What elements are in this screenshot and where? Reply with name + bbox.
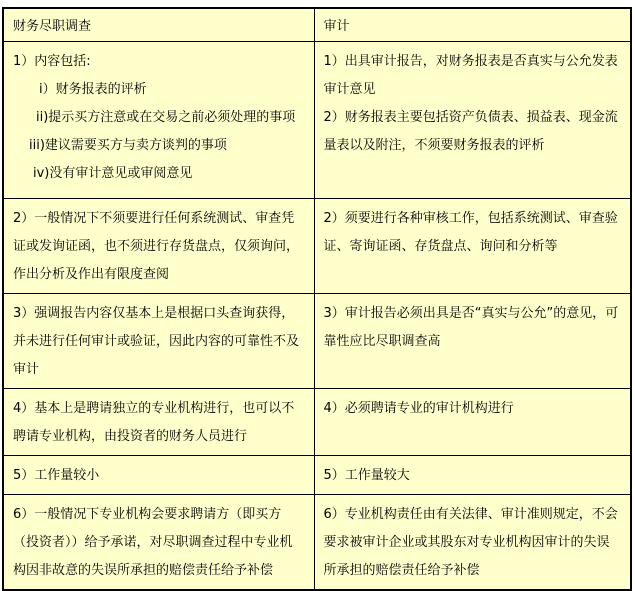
cell-paragraph: 2）财务报表主要包括资产负债表、损益表、现金流量表以及附注，不须要财务报表的评析 xyxy=(324,104,622,160)
cell-due-diligence-workload: 5）工作量较小 xyxy=(3,456,314,495)
cell-paragraph: 5）工作量较大 xyxy=(324,462,622,490)
header-label-due-diligence: 财务尽职调查 xyxy=(13,19,91,34)
cell-due-diligence-performer: 4）基本上是聘请独立的专业机构进行，也可以不聘请专业机构，由投资者的财务人员进行 xyxy=(3,389,314,456)
cell-paragraph: 4）基本上是聘请独立的专业机构进行，也可以不聘请专业机构，由投资者的财务人员进行 xyxy=(13,395,305,451)
cell-audit-content: 1）出具审计报告，对财务报表是否真实与公允发表审计意见 2）财务报表主要包括资产… xyxy=(314,42,631,199)
cell-paragraph: 4）必须聘请专业的审计机构进行 xyxy=(324,395,622,423)
cell-audit-reliability: 3）审计报告必须出具是否“真实与公允”的意见，可靠性应比尽职调查高 xyxy=(314,294,631,389)
header-cell-due-diligence: 财务尽职调查 xyxy=(3,8,314,42)
table-row: 4）基本上是聘请独立的专业机构进行，也可以不聘请专业机构，由投资者的财务人员进行… xyxy=(3,389,631,456)
cell-audit-procedures: 2）须要进行各种审核工作，包括系统测试、审查验证、寄询证函、存货盘点、询问和分析… xyxy=(314,199,631,294)
cell-audit-performer: 4）必须聘请专业的审计机构进行 xyxy=(314,389,631,456)
cell-due-diligence-content: 1）内容包括: i）财务报表的评析 ii)提示买方注意或在交易之前必须处理的事项… xyxy=(3,42,314,199)
cell-line: i）财务报表的评析 xyxy=(13,76,305,104)
table-row: 1）内容包括: i）财务报表的评析 ii)提示买方注意或在交易之前必须处理的事项… xyxy=(3,42,631,199)
header-cell-audit: 审计 xyxy=(314,8,631,42)
cell-audit-workload: 5）工作量较大 xyxy=(314,456,631,495)
cell-paragraph: 2）一般情况下不须要进行任何系统测试、审查凭证或发询证函，也不须进行存货盘点，仅… xyxy=(13,205,305,289)
table-row: 5）工作量较小 5）工作量较大 xyxy=(3,456,631,495)
due-diligence-vs-audit-table: 财务尽职调查 审计 1）内容包括: i）财务报表的评析 ii)提示买方注意或在交… xyxy=(2,7,632,571)
cell-paragraph: 6）一般情况下专业机构会要求聘请方（即买方（投资者））给予承诺，对尽职调查过程中… xyxy=(13,501,305,571)
cell-line: iv)没有审计意见或审阅意见 xyxy=(13,160,305,188)
table-row: 6）一般情况下专业机构会要求聘请方（即买方（投资者））给予承诺，对尽职调查过程中… xyxy=(3,495,631,572)
cell-line: 1）内容包括: xyxy=(13,48,305,76)
cell-due-diligence-reliability: 3）强调报告内容仅基本上是根据口头查询获得，并未进行任何审计或验证，因此内容的可… xyxy=(3,294,314,389)
cell-paragraph: 2）须要进行各种审核工作，包括系统测试、审查验证、寄询证函、存货盘点、询问和分析… xyxy=(324,205,622,261)
header-row: 财务尽职调查 审计 xyxy=(3,8,631,42)
cell-paragraph: 3）审计报告必须出具是否“真实与公允”的意见，可靠性应比尽职调查高 xyxy=(324,300,622,356)
cell-due-diligence-liability: 6）一般情况下专业机构会要求聘请方（即买方（投资者））给予承诺，对尽职调查过程中… xyxy=(3,495,314,572)
cell-line: iii)建议需要买方与卖方谈判的事项 xyxy=(13,132,305,160)
table-row: 2）一般情况下不须要进行任何系统测试、审查凭证或发询证函，也不须进行存货盘点，仅… xyxy=(3,199,631,294)
cell-audit-liability: 6）专业机构责任由有关法律、审计准则规定，不会要求被审计企业或其股东对专业机构因… xyxy=(314,495,631,572)
header-label-audit: 审计 xyxy=(324,19,350,34)
table-row: 3）强调报告内容仅基本上是根据口头查询获得，并未进行任何审计或验证，因此内容的可… xyxy=(3,294,631,389)
cell-due-diligence-procedures: 2）一般情况下不须要进行任何系统测试、审查凭证或发询证函，也不须进行存货盘点，仅… xyxy=(3,199,314,294)
cell-paragraph: 1）出具审计报告，对财务报表是否真实与公允发表审计意见 xyxy=(324,48,622,104)
comparison-table-container: 财务尽职调查 审计 1）内容包括: i）财务报表的评析 ii)提示买方注意或在交… xyxy=(2,7,632,571)
cell-paragraph: 6）专业机构责任由有关法律、审计准则规定，不会要求被审计企业或其股东对专业机构因… xyxy=(324,501,622,571)
cell-paragraph: 5）工作量较小 xyxy=(13,462,305,490)
cell-paragraph: 3）强调报告内容仅基本上是根据口头查询获得，并未进行任何审计或验证，因此内容的可… xyxy=(13,300,305,384)
cell-line: ii)提示买方注意或在交易之前必须处理的事项 xyxy=(13,104,305,132)
